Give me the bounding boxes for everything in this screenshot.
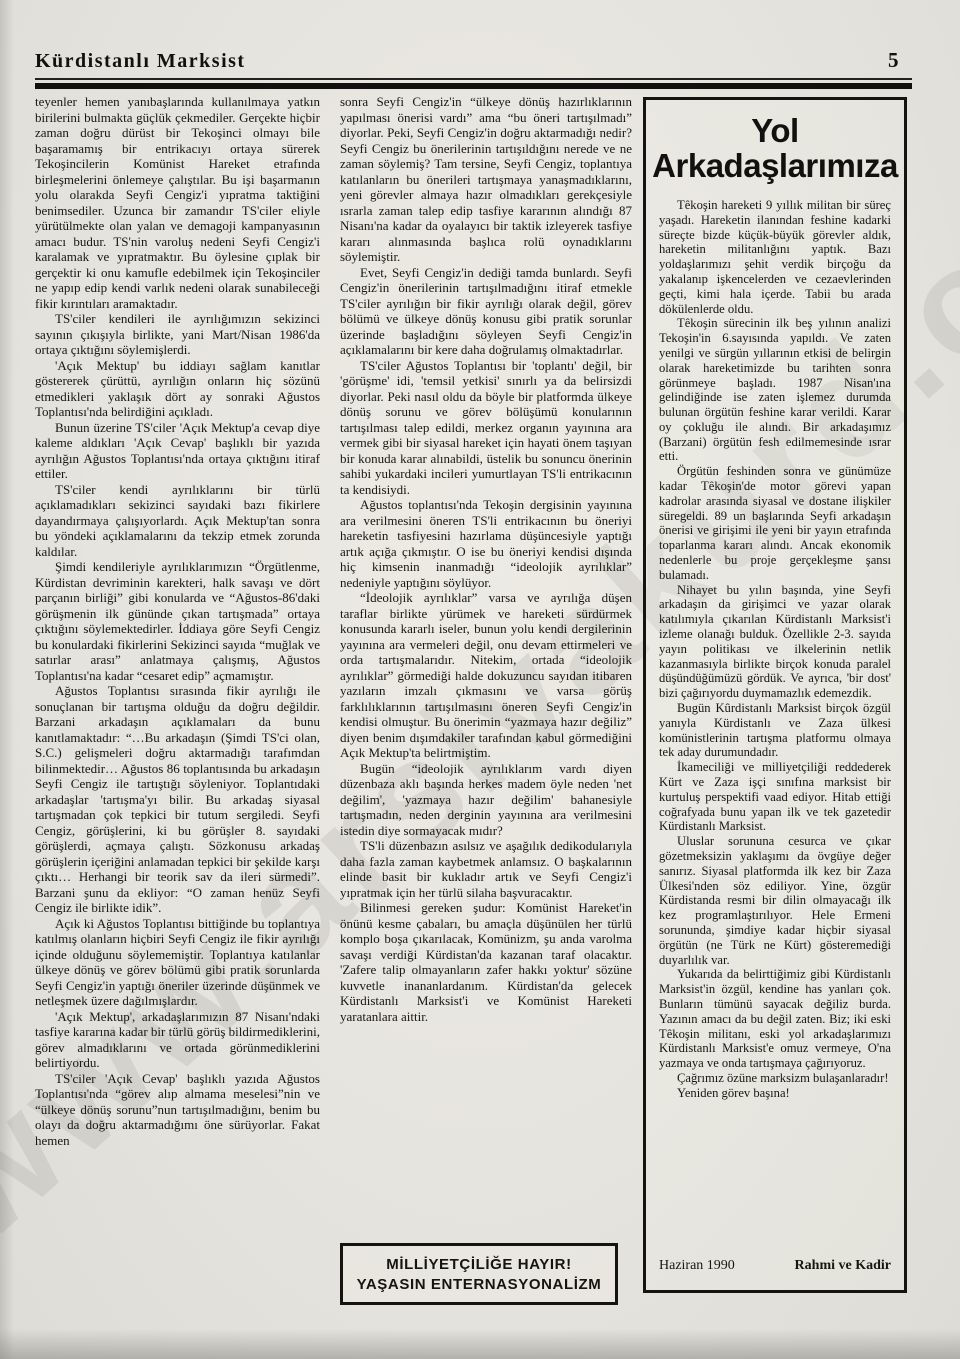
scan-edge-bottom-shadow bbox=[0, 1329, 960, 1359]
article-paragraph: teyenler hemen yanıbaşlarında kullanılma… bbox=[35, 94, 320, 311]
article-paragraph: TS'ciler 'Açık Cevap' başlıklı yazıda Ağ… bbox=[35, 1071, 320, 1149]
article-paragraph: “İdeolojik ayrılıklar” varsa ve ayrılığa… bbox=[340, 590, 632, 761]
article-paragraph: Bugün “ideolojik ayrılıklarım vardı diye… bbox=[340, 761, 632, 839]
article-paragraph: 'Açık Mektup', arkadaşlarımızın 87 Nisan… bbox=[35, 1009, 320, 1071]
article-paragraph: TS'li düzenbazın asılsız ve aşağılık ded… bbox=[340, 838, 632, 900]
article-paragraph: Têkoşin hareketi 9 yıllık militan bir sü… bbox=[659, 198, 891, 316]
right-article-box: Yol Arkadaşlarımıza Têkoşin hareketi 9 y… bbox=[643, 97, 907, 1293]
header-rule-thin bbox=[35, 78, 912, 80]
article-signature: Rahmi ve Kadir bbox=[795, 1258, 891, 1274]
article-paragraph: Uluslar sorununa cesurca ve çıkar gözetm… bbox=[659, 834, 891, 967]
article-paragraph: Ağustos toplantısı'nda Tekoşin dergisini… bbox=[340, 497, 632, 590]
article-paragraph: Bunun üzerine TS'ciler 'Açık Mektup'a ce… bbox=[35, 420, 320, 482]
article-body: Têkoşin hareketi 9 yıllık militan bir sü… bbox=[659, 198, 891, 1101]
header-rule-thick bbox=[35, 83, 912, 89]
article-paragraph: Çağrımız özüne marksizm bulaşanlaradır! bbox=[659, 1071, 891, 1086]
slogan-box: MİLLİYETÇİLİĞE HAYIR! YAŞASIN ENTERNASYO… bbox=[340, 1243, 618, 1305]
article-paragraph: TS'ciler Ağustos Toplantısı bir 'toplant… bbox=[340, 358, 632, 498]
column-left: teyenler hemen yanıbaşlarında kullanılma… bbox=[35, 94, 320, 1229]
newspaper-page: www.arsivakurd.org Kürdistanlı Marksist … bbox=[0, 0, 960, 1359]
article-paragraph: sonra Seyfi Cengiz'in “ülkeye dönüş hazı… bbox=[340, 94, 632, 265]
masthead-title: Kürdistanlı Marksist bbox=[35, 50, 246, 73]
article-paragraph: TS'ciler kendi ayrılıklarını bir türlü a… bbox=[35, 482, 320, 560]
article-paragraph: Yukarıda da belirttiğimiz gibi Kürdistan… bbox=[659, 967, 891, 1071]
article-paragraph: Nihayet bu yılın başında, yine Seyfi ark… bbox=[659, 583, 891, 701]
scan-edge-left-shadow bbox=[0, 0, 14, 1359]
article-paragraph: TS'ciler kendileri ile ayrılığımızın sek… bbox=[35, 311, 320, 358]
article-date: Haziran 1990 bbox=[659, 1258, 735, 1274]
article-paragraph: Bugün Kûrdistanlı Marksist birçok özgül … bbox=[659, 701, 891, 760]
article-footer: Haziran 1990 Rahmi ve Kadir bbox=[659, 1258, 891, 1274]
article-paragraph: Örgütün feshinden sonra ve günümüze kada… bbox=[659, 464, 891, 582]
page-number: 5 bbox=[888, 48, 899, 73]
article-paragraph: Ağustos Toplantısı sırasında fikir ayrıl… bbox=[35, 683, 320, 916]
article-paragraph: İkameciliği ve milliyetçiliği reddederek… bbox=[659, 760, 891, 834]
article-paragraph: Açık ki Ağustos Toplantısı bittiğinde bu… bbox=[35, 916, 320, 1009]
article-paragraph: Evet, Seyfi Cengiz'in dediği tamda bunla… bbox=[340, 265, 632, 358]
article-title-line-2: Arkadaşlarımıza bbox=[652, 149, 898, 184]
article-paragraph: Têkoşin sürecinin ilk beş yılının analiz… bbox=[659, 316, 891, 464]
article-paragraph: 'Açık Mektup' bu iddiayı sağlam kanıtlar… bbox=[35, 358, 320, 420]
slogan-line-1: MİLLİYETÇİLİĞE HAYIR! bbox=[386, 1256, 571, 1273]
article-paragraph: Yeniden görev başına! bbox=[659, 1086, 891, 1101]
column-middle: sonra Seyfi Cengiz'in “ülkeye dönüş hazı… bbox=[340, 94, 632, 1239]
article-title-line-1: Yol bbox=[652, 114, 898, 149]
article-paragraph: Bilinmesi gereken şudur: Komünist Hareke… bbox=[340, 900, 632, 1024]
article-title: Yol Arkadaşlarımıza bbox=[652, 114, 898, 184]
article-paragraph: Şimdi kendileriyle ayrılıklarımızın “Örg… bbox=[35, 559, 320, 683]
slogan-line-2: YAŞASIN ENTERNASYONALİZM bbox=[357, 1276, 602, 1293]
